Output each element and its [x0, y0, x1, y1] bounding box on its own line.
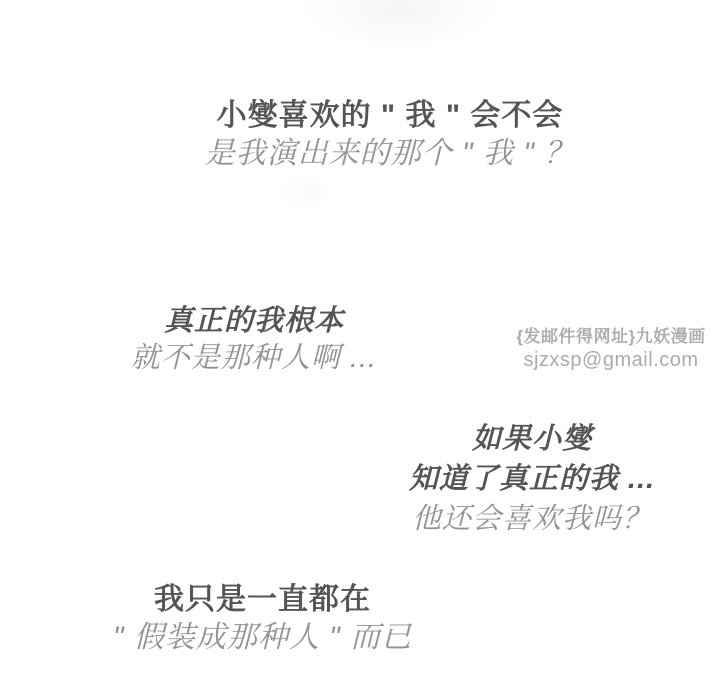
watermark-site-text: {发邮件得网址}九妖漫画: [505, 326, 717, 347]
thought-1-line-1: 小燮喜欢的 " 我 " 会不会: [195, 97, 585, 135]
watermark-email: sjzxsp@gmail.com: [505, 347, 717, 373]
comic-page: 小燮喜欢的 " 我 " 会不会 是我演出来的那个 " 我 " ？ 真正的我根本 …: [0, 0, 720, 700]
thought-2-line-1: 真正的我根本: [98, 303, 410, 340]
thought-3-line-1: 如果小燮: [398, 419, 666, 459]
thought-3-line-3: 他还会喜欢我吗？: [398, 499, 666, 539]
thought-bubble-4: 我只是一直都在 " 假装成那种人 " 而已: [95, 581, 430, 657]
thought-4-line-1: 我只是一直都在: [95, 581, 430, 619]
thought-4-line-2: " 假装成那种人 " 而已: [95, 619, 430, 657]
thought-bubble-2: 真正的我根本 就不是那种人啊 ...: [98, 303, 410, 377]
thought-3-line-2: 知道了真正的我 ...: [398, 459, 666, 499]
scanlation-watermark: {发邮件得网址}九妖漫画 sjzxsp@gmail.com: [505, 326, 717, 373]
thought-1-line-2: 是我演出来的那个 " 我 " ？: [195, 135, 585, 173]
thought-bubble-1: 小燮喜欢的 " 我 " 会不会 是我演出来的那个 " 我 " ？: [195, 97, 585, 173]
faint-art-smudge-top: [300, 0, 500, 50]
faint-art-smudge-mid: [276, 170, 336, 214]
thought-bubble-3: 如果小燮 知道了真正的我 ... 他还会喜欢我吗？: [398, 419, 666, 539]
thought-2-line-2: 就不是那种人啊 ...: [98, 340, 410, 377]
